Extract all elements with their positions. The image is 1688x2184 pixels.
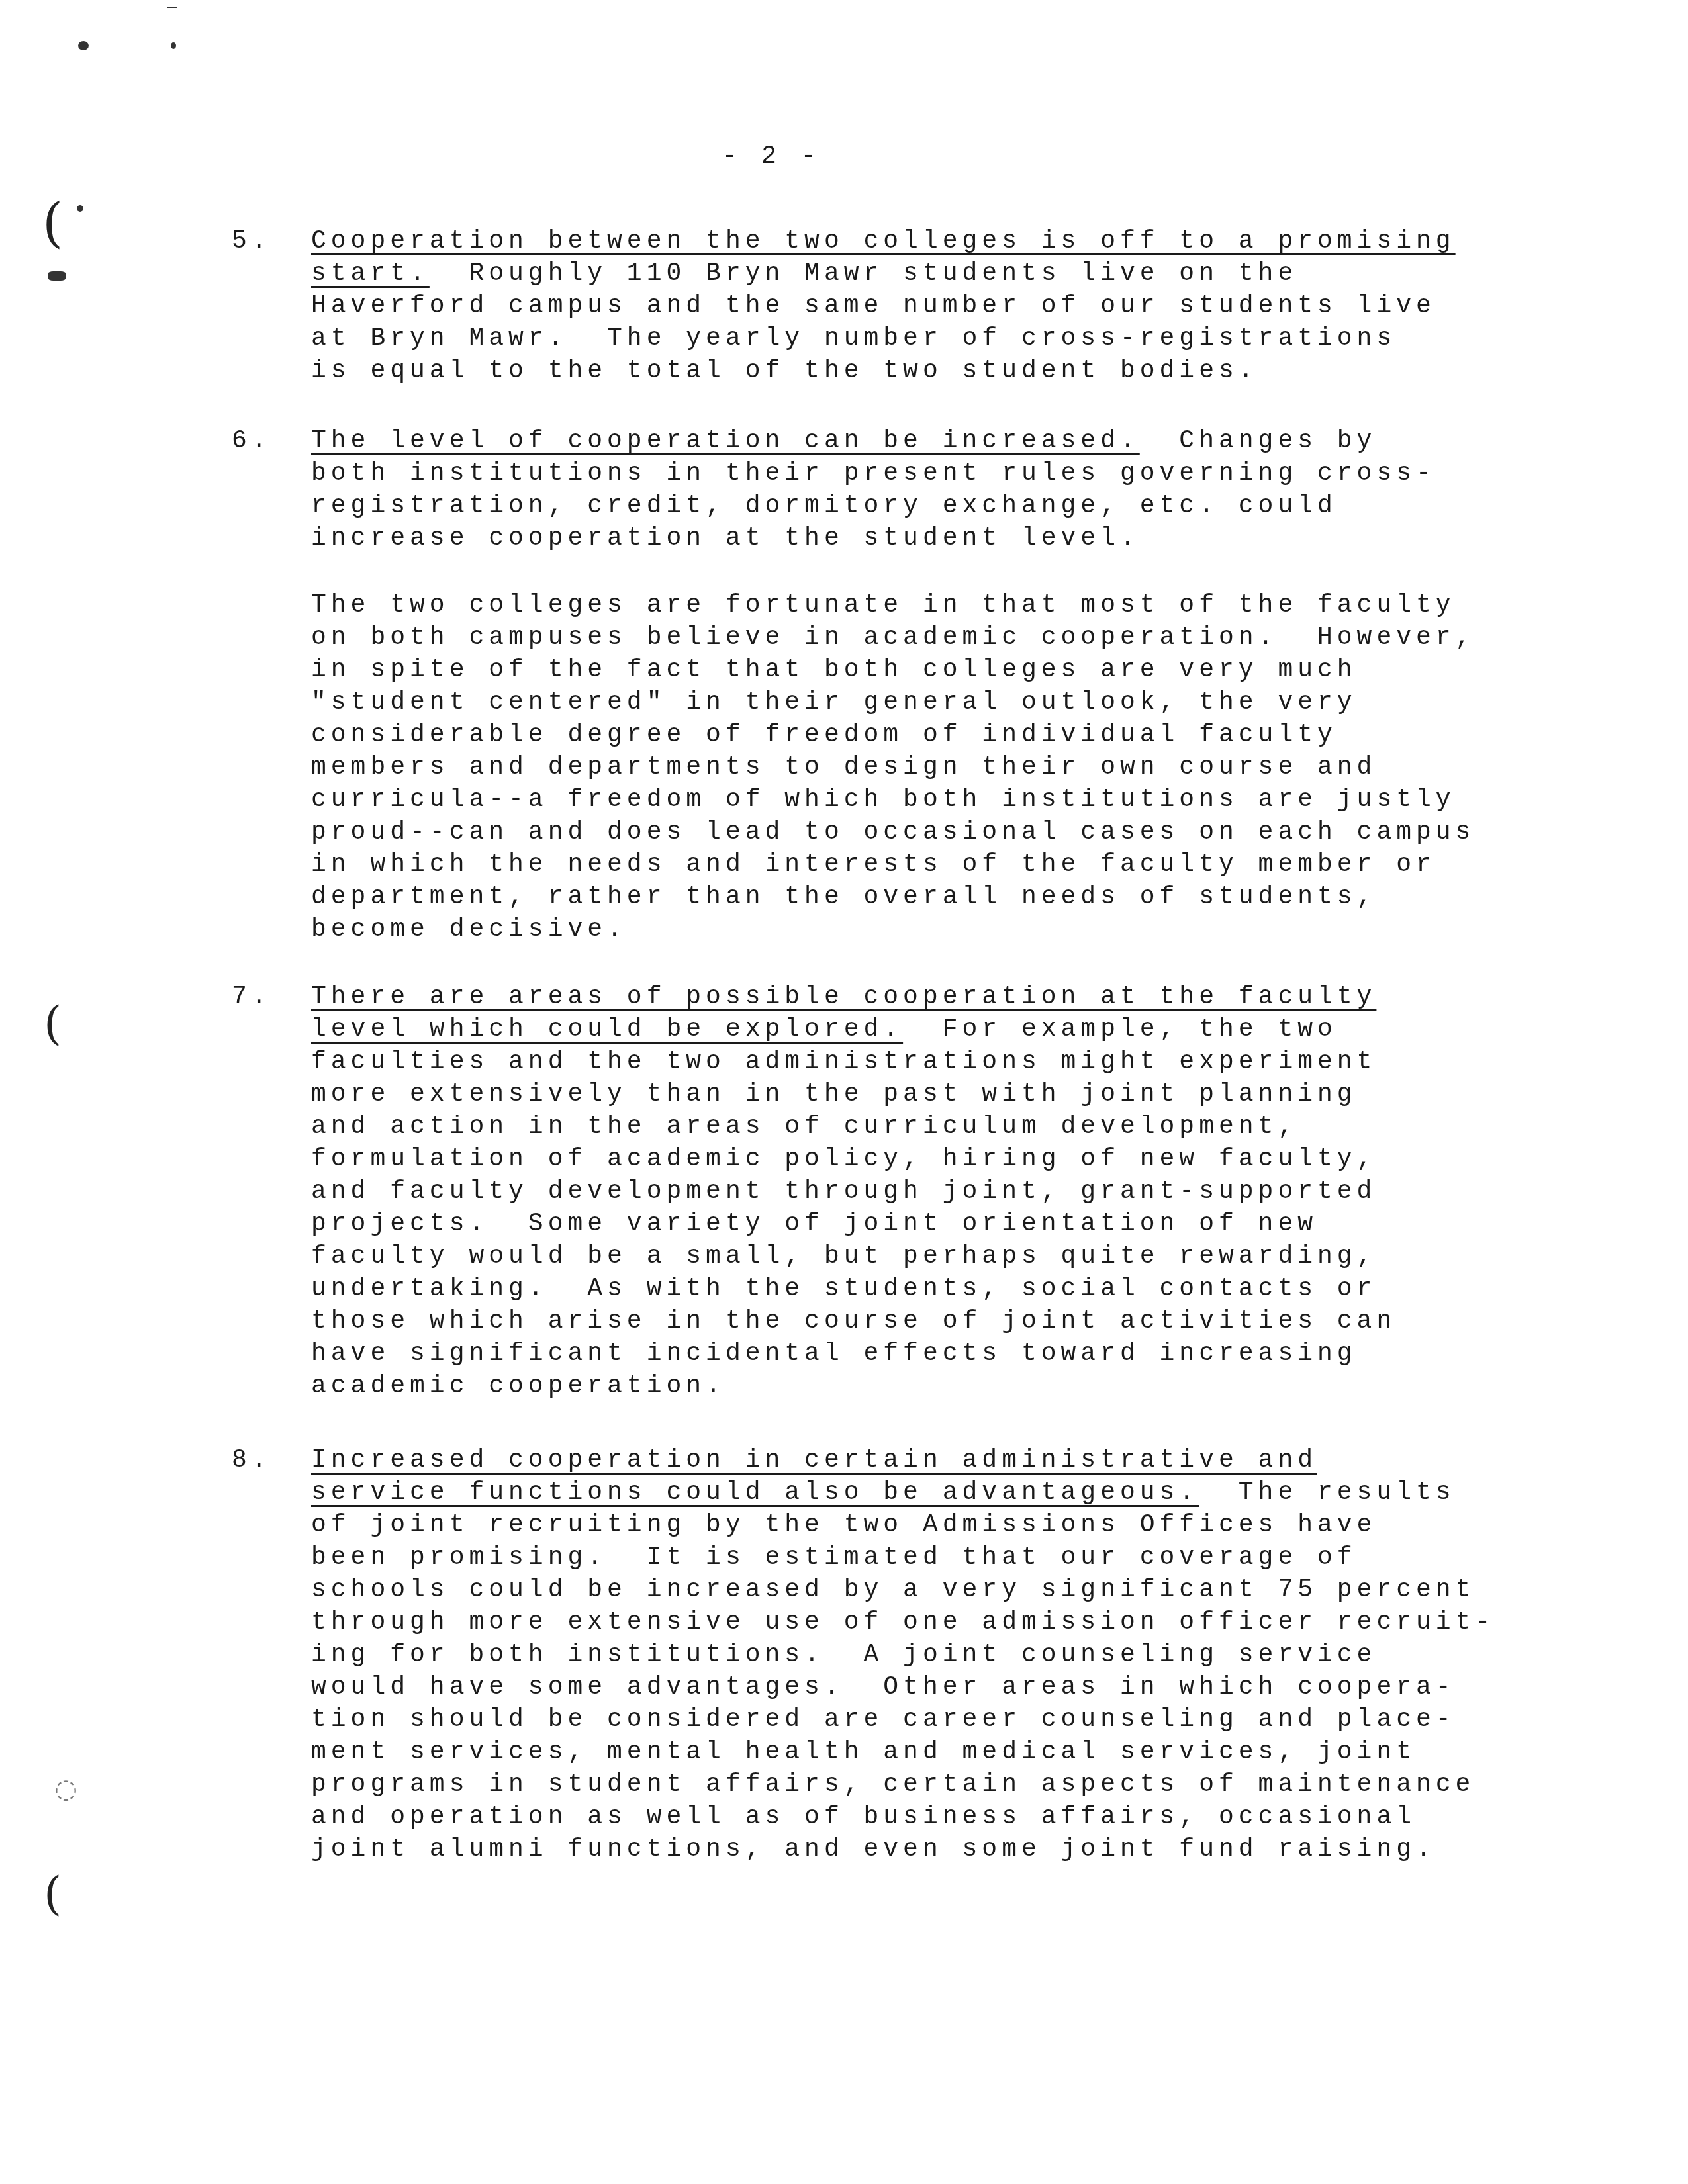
text-line: and action in the areas of curriculum de… <box>311 1111 1536 1143</box>
item-number: 8. <box>232 1444 271 1477</box>
text-line: faculty would be a small, but perhaps qu… <box>311 1240 1536 1273</box>
text-line: projects. Some variety of joint orientat… <box>311 1208 1536 1240</box>
text-line: in spite of the fact that both colleges … <box>311 654 1536 686</box>
item-6-continuation-paragraph: The two colleges are fortunate in that m… <box>311 589 1536 946</box>
underlined-heading: start. <box>311 259 430 288</box>
margin-scribble-mark: ◌ <box>54 1774 77 1804</box>
text-line: service functions could also be advantag… <box>311 1477 1536 1509</box>
text-line: at Bryn Mawr. The yearly number of cross… <box>311 322 1536 355</box>
text-line: curricula--a freedom of which both insti… <box>311 784 1536 816</box>
scan-speck <box>171 42 176 49</box>
text-line: department, rather than the overall need… <box>311 881 1536 913</box>
text-line: those which arise in the course of joint… <box>311 1305 1536 1338</box>
text-line: have significant incidental effects towa… <box>311 1338 1536 1370</box>
text-line: formulation of academic policy, hiring o… <box>311 1143 1536 1175</box>
text-line: The two colleges are fortunate in that m… <box>311 589 1536 621</box>
text-line: There are areas of possible cooperation … <box>311 981 1536 1013</box>
text-line: tion should be considered are career cou… <box>311 1704 1536 1736</box>
text-line: increase cooperation at the student leve… <box>311 522 1536 555</box>
item-number: 7. <box>232 981 271 1013</box>
text-line: more extensively than in the past with j… <box>311 1078 1536 1111</box>
text-line: The level of cooperation can be increase… <box>311 425 1536 457</box>
item-number: 5. <box>232 225 271 257</box>
scan-speck <box>77 205 83 212</box>
margin-bracket-mark: ( <box>42 192 63 253</box>
scan-speck <box>78 41 89 50</box>
text-line: undertaking. As with the students, socia… <box>311 1273 1536 1305</box>
document-page: ( ( ◌ ( - 2 - 5. Cooperation between the… <box>0 0 1688 2184</box>
underlined-heading: Increased cooperation in certain adminis… <box>311 1446 1317 1475</box>
item-body: There are areas of possible cooperation … <box>311 981 1536 1402</box>
text-line: in which the needs and interests of the … <box>311 848 1536 881</box>
margin-bracket-mark: ( <box>44 996 62 1050</box>
text-line: ing for both institutions. A joint couns… <box>311 1639 1536 1671</box>
text-line: both institutions in their present rules… <box>311 457 1536 490</box>
item-body: Cooperation between the two colleges is … <box>311 225 1536 387</box>
underlined-heading: There are areas of possible cooperation … <box>311 983 1376 1011</box>
text-line: members and departments to design their … <box>311 751 1536 784</box>
text-line: been promising. It is estimated that our… <box>311 1541 1536 1574</box>
underlined-heading: service functions could also be advantag… <box>311 1479 1199 1507</box>
scan-tick <box>167 7 177 8</box>
underlined-heading: Cooperation between the two colleges is … <box>311 227 1456 255</box>
item-number: 6. <box>232 425 271 457</box>
text-line: considerable degree of freedom of indivi… <box>311 719 1536 751</box>
text-line: Increased cooperation in certain adminis… <box>311 1444 1536 1477</box>
text-line: joint alumni functions, and even some jo… <box>311 1833 1536 1866</box>
text-line: level which could be explored. For examp… <box>311 1013 1536 1046</box>
text-line: become decisive. <box>311 913 1536 946</box>
text-line: of joint recruiting by the two Admission… <box>311 1509 1536 1541</box>
text-line: faculties and the two administrations mi… <box>311 1046 1536 1078</box>
text-line: and operation as well as of business aff… <box>311 1801 1536 1833</box>
text-line: proud--can and does lead to occasional c… <box>311 816 1536 848</box>
text-line: academic cooperation. <box>311 1370 1536 1402</box>
text-line: programs in student affairs, certain asp… <box>311 1768 1536 1801</box>
text-line: start. Roughly 110 Bryn Mawr students li… <box>311 257 1536 290</box>
scan-speck <box>48 271 66 281</box>
text-line: "student centered" in their general outl… <box>311 686 1536 719</box>
underlined-heading: level which could be explored. <box>311 1015 903 1044</box>
text-line: through more extensive use of one admiss… <box>311 1606 1536 1639</box>
margin-bracket-mark: ( <box>44 1866 62 1921</box>
text-line: would have some advantages. Other areas … <box>311 1671 1536 1704</box>
text-line: is equal to the total of the two student… <box>311 355 1536 387</box>
page-number: - 2 - <box>0 140 1542 173</box>
text-line: and faculty development through joint, g… <box>311 1175 1536 1208</box>
text-line: Haverford campus and the same number of … <box>311 290 1536 322</box>
text-line: registration, credit, dormitory exchange… <box>311 490 1536 522</box>
text-line: ment services, mental health and medical… <box>311 1736 1536 1768</box>
underlined-heading: The level of cooperation can be increase… <box>311 427 1140 455</box>
text-line: Cooperation between the two colleges is … <box>311 225 1536 257</box>
item-body: The level of cooperation can be increase… <box>311 425 1536 555</box>
item-body: Increased cooperation in certain adminis… <box>311 1444 1536 1866</box>
text-line: on both campuses believe in academic coo… <box>311 621 1536 654</box>
text-line: schools could be increased by a very sig… <box>311 1574 1536 1606</box>
